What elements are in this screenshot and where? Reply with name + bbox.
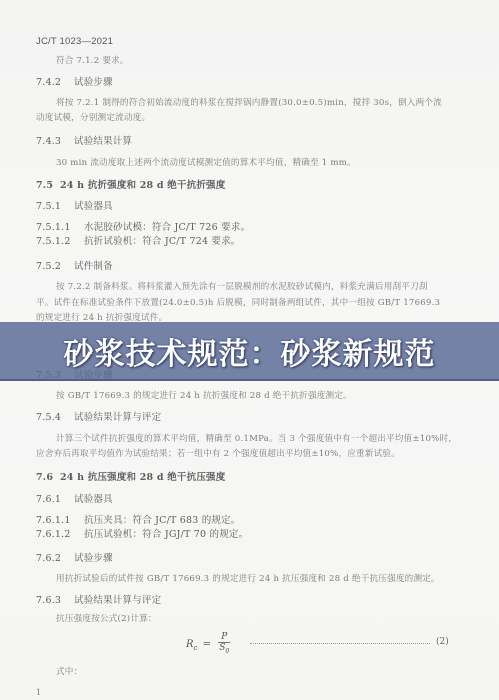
list-item: 7.6.1.2抗压试验机：符合 JGJ/T 70 的规定。	[36, 529, 248, 540]
section-number: 7.6	[36, 472, 60, 483]
section-number: 7.5.4	[36, 412, 74, 423]
section-number: 7.4.2	[36, 77, 74, 88]
body-text: 动度试模，分别测定流动度。	[36, 113, 150, 124]
section-title: 试验结果计算与评定	[74, 595, 161, 606]
section-title: 24 h 抗压强度和 28 d 绝干抗压强度	[60, 472, 225, 483]
section-title: 24 h 抗折强度和 28 d 绝干抗折强度	[60, 180, 225, 191]
section-number: 7.5	[36, 180, 60, 191]
formula-equals: =	[203, 639, 211, 650]
list-item: 7.5.1.1水泥胶砂试模：符合 JC/T 726 要求。	[36, 222, 250, 233]
compressive-strength-formula: Rc = P S0	[186, 632, 230, 657]
body-text: 30 min 流动度取上述两个流动度试模测定值的算术平均值，精确至 1 mm。	[56, 158, 356, 169]
section-title: 试验器具	[74, 494, 113, 505]
section-heading: 7.6.2试验步骤	[36, 553, 113, 564]
standard-code-header: JC/T 1023—2021	[36, 36, 113, 47]
section-heading: 7.5.1试验器具	[36, 201, 113, 212]
section-heading: 7.5.4试验结果计算与评定	[36, 412, 161, 423]
section-heading: 7.624 h 抗压强度和 28 d 绝干抗压强度	[36, 472, 225, 483]
formula-lhs-sub: c	[194, 644, 198, 652]
body-text: 平。试件在标准试验条件下放置(24.0±0.5)h 后脱模，同时制备两组试件，其…	[36, 298, 440, 309]
section-title: 试验结果计算与评定	[74, 412, 161, 423]
section-heading: 7.524 h 抗折强度和 28 d 绝干抗折强度	[36, 180, 225, 191]
formula-denominator-sub: 0	[225, 648, 229, 655]
body-text: 符合 7.1.2 要求。	[56, 56, 129, 67]
item-number: 7.6.1.1	[36, 515, 84, 526]
section-title: 试件制备	[74, 261, 113, 272]
item-text: 抗折试验机：符合 JC/T 724 要求。	[84, 236, 241, 247]
body-text: 计算三个试件抗折强度的算术平均值，精确至 0.1MPa。当 3 个强度值中有一个…	[56, 434, 457, 445]
body-text: 按 7.2.2 制备料浆。将料浆灌入预先涂有一层脱模剂的水泥胶砂试模内，料浆充满…	[56, 282, 428, 293]
body-text: 应舍弃后再取平均值作为试验结果；若一组中有 2 个强度值超出平均值±10%，应重…	[36, 449, 400, 460]
item-number: 7.6.1.2	[36, 529, 84, 540]
section-title: 试验结果计算	[74, 136, 132, 147]
banner-title: 砂浆技术规范：砂浆新规范	[64, 329, 436, 373]
title-banner: 砂浆技术规范：砂浆新规范	[0, 322, 499, 381]
body-text: 按 GB/T 17669.3 的规定进行 24 h 抗折强度和 28 d 绝干抗…	[56, 391, 352, 402]
list-item: 7.6.1.1抗压夹具：符合 JC/T 683 的规定。	[36, 515, 241, 526]
item-text: 水泥胶砂试模：符合 JC/T 726 要求。	[84, 222, 250, 233]
section-title: 试验步骤	[74, 77, 113, 88]
formula-fraction: P S0	[218, 632, 230, 657]
section-heading: 7.4.2试验步骤	[36, 77, 113, 88]
section-number: 7.6.1	[36, 494, 74, 505]
section-number: 7.5.1	[36, 201, 74, 212]
page-number: 1	[36, 687, 41, 698]
section-number: 7.4.3	[36, 136, 74, 147]
section-number: 7.5.2	[36, 261, 74, 272]
body-text: 抗压强度按公式(2)计算：	[56, 614, 157, 625]
item-text: 抗压夹具：符合 JC/T 683 的规定。	[84, 515, 241, 526]
section-heading: 7.6.1试验器具	[36, 494, 113, 505]
section-heading: 7.6.3试验结果计算与评定	[36, 595, 161, 606]
section-number: 7.6.3	[36, 595, 74, 606]
dotted-leader	[250, 643, 430, 644]
body-text: 将按 7.2.1 制得的符合初始流动度的料浆在搅拌锅内静置(30.0±0.5)m…	[56, 98, 442, 109]
equation-number: (2)	[436, 637, 449, 647]
item-number: 7.5.1.2	[36, 236, 84, 247]
formula-numerator: P	[218, 632, 230, 642]
item-number: 7.5.1.1	[36, 222, 84, 233]
section-number: 7.6.2	[36, 553, 74, 564]
list-item: 7.5.1.2抗折试验机：符合 JC/T 724 要求。	[36, 236, 241, 247]
section-title: 试验器具	[74, 201, 113, 212]
section-heading: 7.5.2试件制备	[36, 261, 113, 272]
formula-lhs: R	[186, 639, 194, 650]
item-text: 抗压试验机：符合 JGJ/T 70 的规定。	[84, 529, 248, 540]
section-heading: 7.4.3试验结果计算	[36, 136, 132, 147]
where-label: 式中：	[56, 667, 82, 678]
section-title: 试验步骤	[74, 553, 113, 564]
body-text: 用抗折试验后的试件按 GB/T 17669.3 的规定进行 24 h 抗压强度和…	[56, 574, 440, 585]
